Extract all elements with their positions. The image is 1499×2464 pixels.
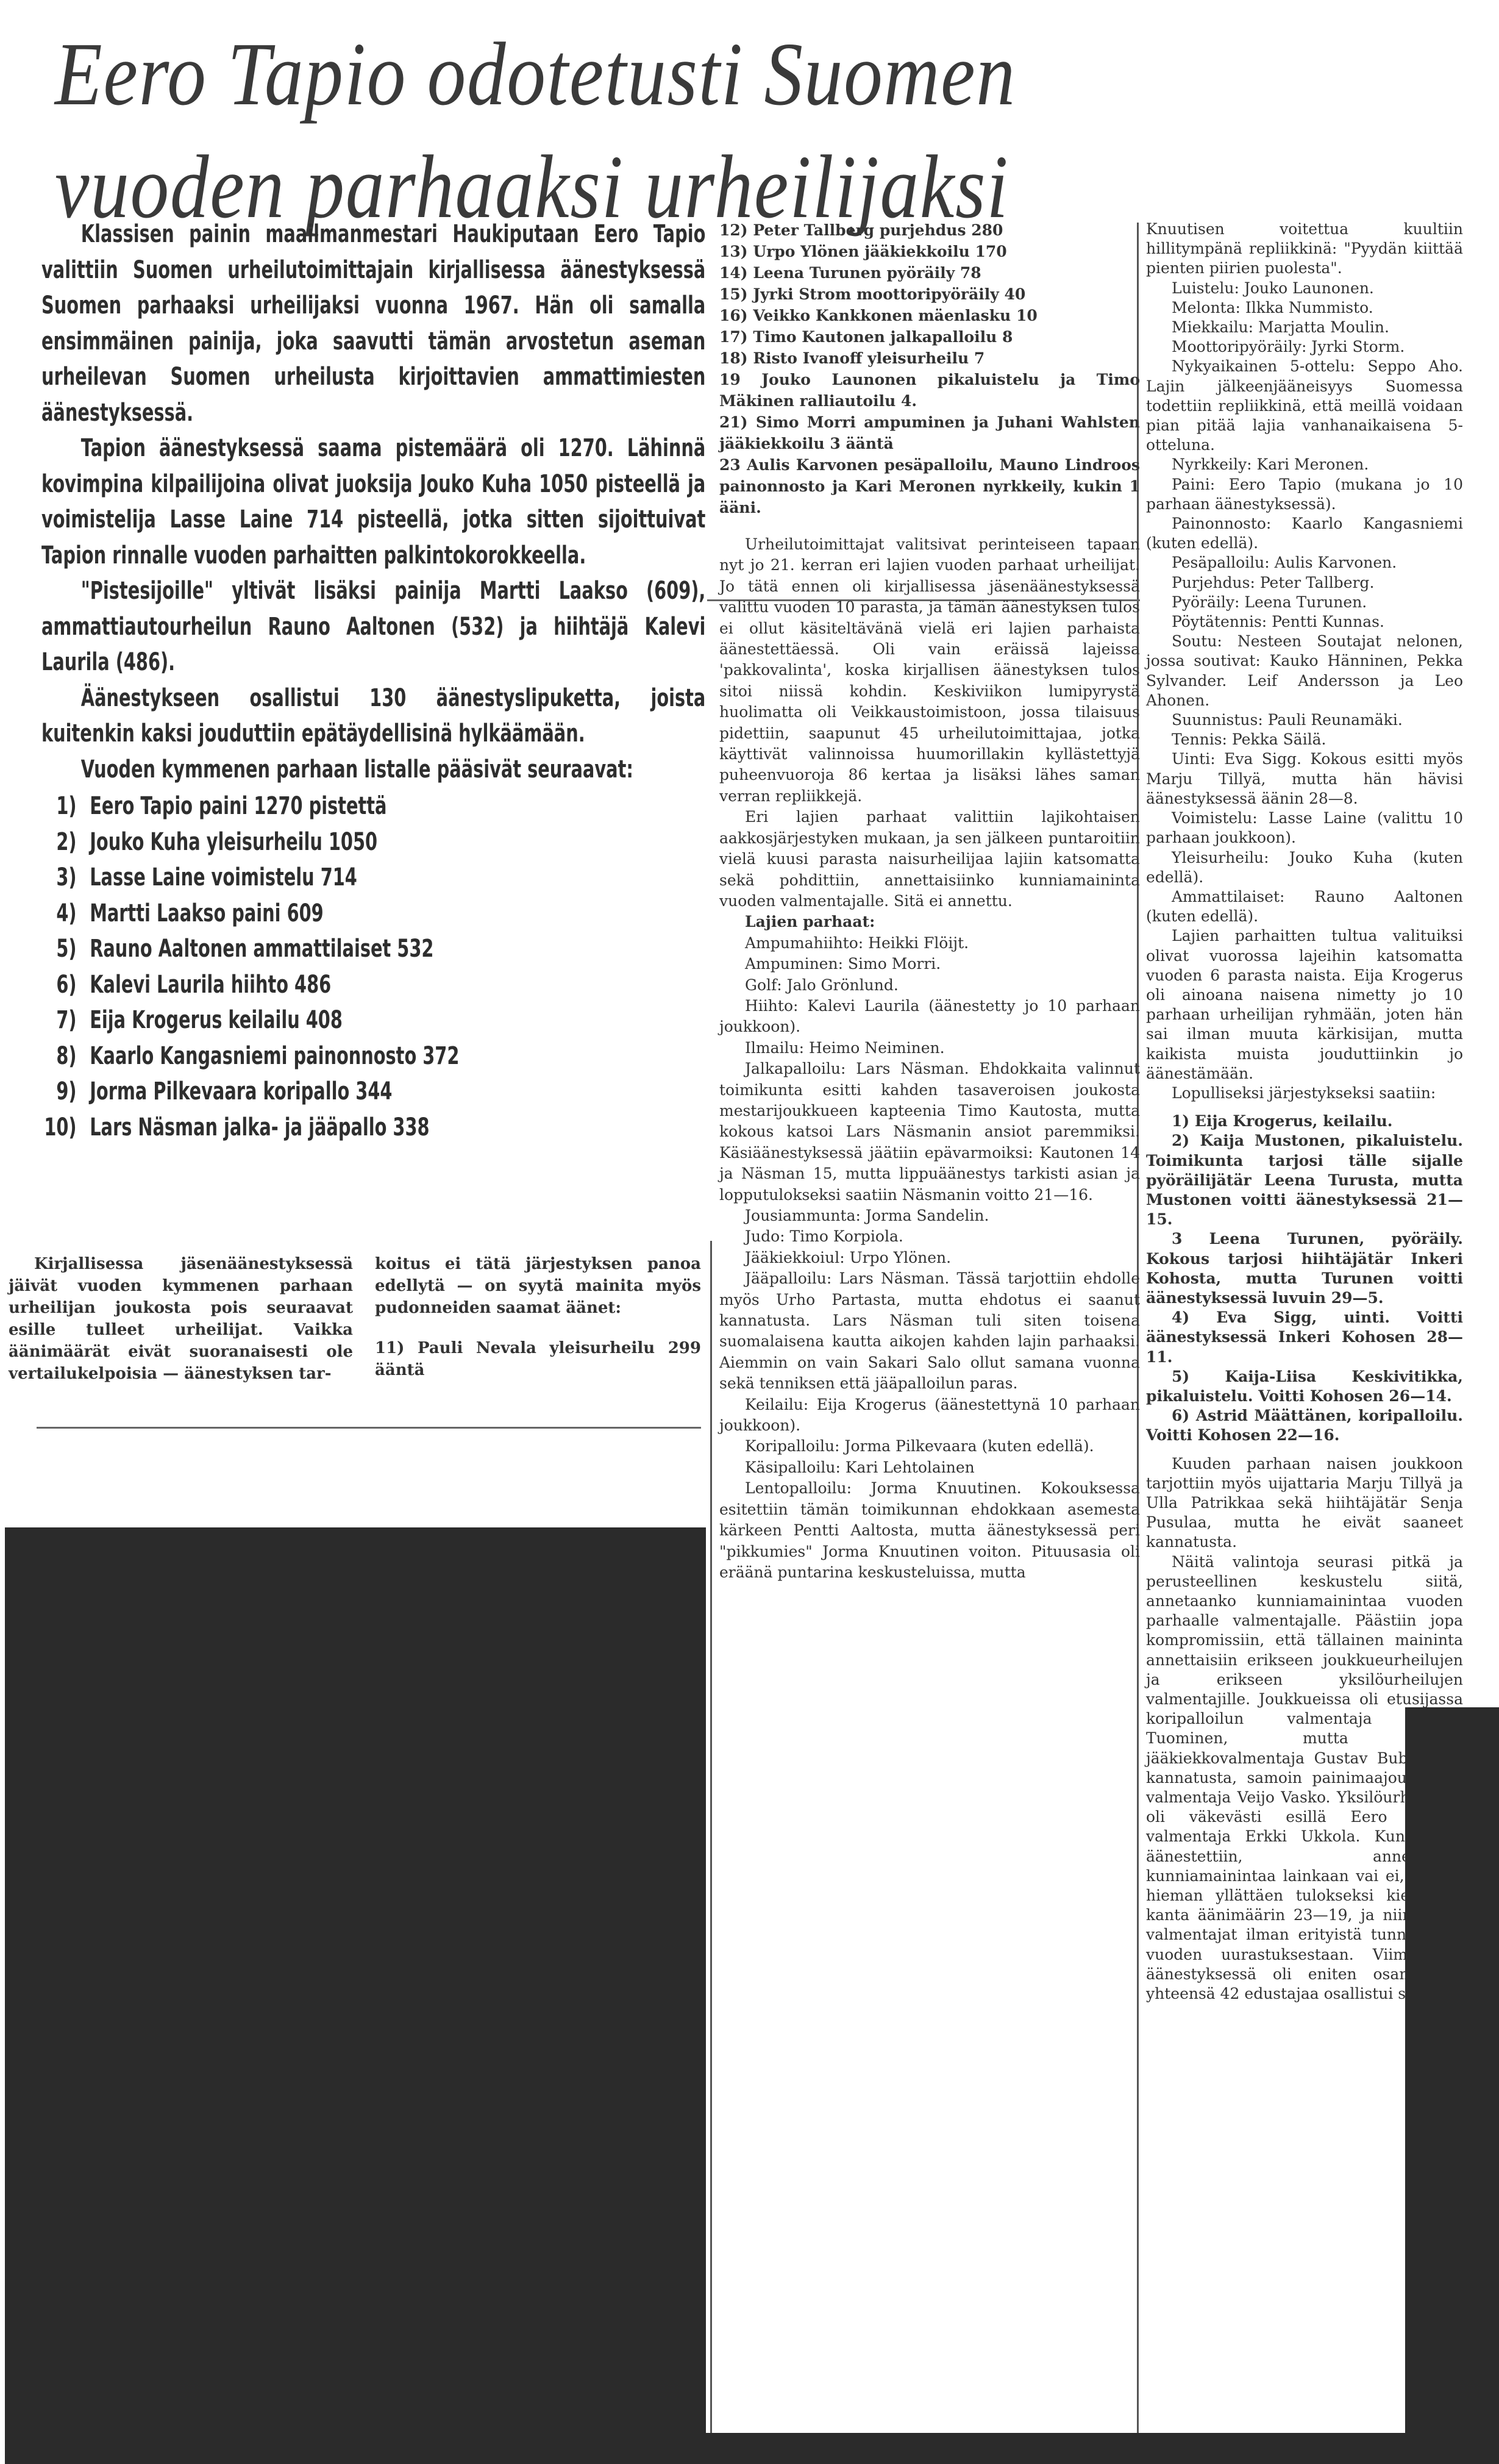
rank-item: 15) Jyrki Strom moottoripyöräily 40 (719, 284, 1140, 305)
sport-entry: Nyrkkeily: Kari Meronen. (1146, 455, 1463, 474)
sub-column-right: koitus ei tätä järjestyksen panoa edelly… (375, 1253, 701, 1381)
sport-entry: Lajien parhaitten tultua valituiksi oliv… (1146, 926, 1463, 1084)
headline-line-1: Eero Tapio odotetusti Suomen (55, 18, 1208, 131)
scan-background (1405, 1707, 1499, 2464)
women-rank: 4) Eva Sigg, uinti. Voitti äänestyksessä… (1146, 1308, 1463, 1367)
rank: 8) (41, 1038, 90, 1074)
list-item: 7)Eija Krogerus keilailu 408 (41, 1002, 705, 1038)
rank-item: 17) Timo Kautonen jalkapalloilu 8 (719, 326, 1140, 348)
lead-section: Klassisen painin maailmanmestari Haukipu… (41, 216, 706, 1145)
women-rank: 6) Astrid Määttänen, koripalloilu. Voitt… (1146, 1406, 1463, 1445)
entry: Rauno Aaltonen ammattilaiset 532 (90, 931, 433, 967)
sport-entry: Lopulliseksi järjestykseksi saatiin: (1146, 1084, 1463, 1103)
entry: Jorma Pilkevaara koripallo 344 (90, 1074, 392, 1110)
women-rank: 3 Leena Turunen, pyöräily. Kokous tarjos… (1146, 1229, 1463, 1308)
rank: 9) (41, 1074, 90, 1110)
sport-entry: Pyöräily: Leena Turunen. (1146, 593, 1463, 612)
rank-item: 23 Aulis Karvonen pesäpalloilu, Mauno Li… (719, 454, 1140, 518)
list-item: 8)Kaarlo Kangasniemi painonnosto 372 (41, 1038, 705, 1074)
ranks-list: 12) Peter Tallberg purjehdus 280 13) Urp… (719, 220, 1140, 518)
divider (37, 1427, 701, 1429)
rank: 7) (41, 1002, 90, 1038)
sport-entry: Paini: Eero Tapio (mukana jo 10 parhaan … (1146, 475, 1463, 514)
body-paragraph: Eri lajien parhaat valittiin lajikohtais… (719, 807, 1140, 912)
sport-entry: Luistelu: Jouko Launonen. (1146, 279, 1463, 298)
lead-paragraph: "Pistesijoille" yltivät lisäksi painija … (41, 573, 705, 680)
sport-entry: Soutu: Nesteen Soutajat nelonen, jossa s… (1146, 632, 1463, 710)
sport-entry: Lentopalloilu: Jorma Knuutinen. Kokoukse… (719, 1478, 1140, 1583)
rank: 5) (41, 931, 90, 967)
sport-entry: Judo: Timo Korpiola. (719, 1226, 1140, 1247)
list-item: 3)Lasse Laine voimistelu 714 (41, 860, 705, 896)
middle-column: 12) Peter Tallberg purjehdus 280 13) Urp… (719, 220, 1140, 1583)
sport-entry: Koripalloilu: Jorma Pilkevaara (kuten ed… (719, 1436, 1140, 1457)
rank: 2) (41, 824, 90, 860)
sub-paragraph: koitus ei tätä järjestyksen panoa edelly… (375, 1253, 701, 1319)
sport-entry: Suunnistus: Pauli Reunamäki. (1146, 710, 1463, 730)
sport-entry: Pöytätennis: Pentti Kunnas. (1146, 612, 1463, 632)
lead-paragraph: Vuoden kymmenen parhaan listalle pääsivä… (41, 752, 705, 788)
closing-paragraph: Kuuden parhaan naisen joukkoon tarjottii… (1146, 1454, 1463, 1552)
women-rank: 1) Eija Krogerus, keilailu. (1146, 1112, 1463, 1131)
women-rank: 2) Kaija Mustonen, pikaluistelu. Toimiku… (1146, 1131, 1463, 1229)
sport-entry: Uinti: Eva Sigg. Kokous esitti myös Marj… (1146, 749, 1463, 809)
rank: 10) (41, 1110, 90, 1146)
top-ten-list: 1)Eero Tapio paini 1270 pistettä 2)Jouko… (41, 788, 705, 1145)
sport-entry: Painonnosto: Kaarlo Kangasniemi (kuten e… (1146, 514, 1463, 553)
sport-entry: Golf: Jalo Grönlund. (719, 975, 1140, 996)
sport-entry: Purjehdus: Peter Tallberg. (1146, 573, 1463, 593)
entry: Lars Näsman jalka- ja jääpallo 338 (90, 1110, 429, 1146)
body-paragraph: Urheilutoimittajat valitsivat perinteise… (719, 534, 1140, 807)
rank: 3) (41, 860, 90, 896)
lead-paragraph: Klassisen painin maailmanmestari Haukipu… (41, 216, 705, 430)
rank-item: 18) Risto Ivanoff yleisurheilu 7 (719, 348, 1140, 369)
sport-entry: Hiihto: Kalevi Laurila (äänestetty jo 10… (719, 996, 1140, 1038)
rank-item: 14) Leena Turunen pyöräily 78 (719, 262, 1140, 284)
list-item: 4)Martti Laakso paini 609 (41, 896, 705, 932)
sport-entry: Jääpalloilu: Lars Näsman. Tässä tarjotti… (719, 1268, 1140, 1394)
rank: 6) (41, 967, 90, 1003)
sport-entry: Ammattilaiset: Rauno Aaltonen (kuten ede… (1146, 887, 1463, 926)
sub-paragraph: Kirjallisessa jäsenäänestyksessä jäivät … (9, 1253, 353, 1385)
list-item: 9)Jorma Pilkevaara koripallo 344 (41, 1074, 705, 1110)
scan-background (5, 1527, 706, 2464)
lead-paragraph: Tapion äänestyksessä saama pistemäärä ol… (41, 430, 705, 573)
sport-entry: Jousiammunta: Jorma Sandelin. (719, 1205, 1140, 1226)
sport-entry: Miekkailu: Marjatta Moulin. (1146, 318, 1463, 337)
rank-item: 16) Veikko Kankkonen mäenlasku 10 (719, 305, 1140, 326)
rank-item: 12) Peter Tallberg purjehdus 280 (719, 220, 1140, 241)
sport-entry: Ampumahiihto: Heikki Flöijt. (719, 933, 1140, 954)
list-item: 2)Jouko Kuha yleisurheilu 1050 (41, 824, 705, 860)
list-item: 10)Lars Näsman jalka- ja jääpallo 338 (41, 1110, 705, 1146)
sport-entry: Nykyaikainen 5-ottelu: Seppo Aho. Lajin … (1146, 357, 1463, 455)
sport-entry: Moottoripyöräily: Jyrki Storm. (1146, 337, 1463, 357)
sport-entry: Keilailu: Eija Krogerus (äänestettynä 10… (719, 1394, 1140, 1437)
list-item: 5)Rauno Aaltonen ammattilaiset 532 (41, 931, 705, 967)
rank-11: 11) Pauli Nevala yleisurheilu 299 ääntä (375, 1337, 701, 1381)
rank: 1) (41, 788, 90, 824)
sport-entry: Jääkiekkoiul: Urpo Ylönen. (719, 1248, 1140, 1268)
sub-column-left: Kirjallisessa jäsenäänestyksessä jäivät … (9, 1253, 353, 1385)
sport-entry: Knuutisen voitettua kuultiin hillitympän… (1146, 220, 1463, 279)
lead-paragraph: Äänestykseen osallistui 130 äänestyslipu… (41, 680, 705, 752)
rank-item: 19 Jouko Launonen pikaluistelu ja Timo M… (719, 369, 1140, 412)
entry: Eija Krogerus keilailu 408 (90, 1002, 343, 1038)
headline: Eero Tapio odotetusti Suomen vuoden parh… (55, 18, 1208, 244)
sport-entry: Tennis: Pekka Säilä. (1146, 730, 1463, 749)
rank-item: 21) Simo Morri ampuminen ja Juhani Wahls… (719, 412, 1140, 454)
sport-entry: Käsipalloilu: Kari Lehtolainen (719, 1457, 1140, 1478)
entry: Lasse Laine voimistelu 714 (90, 860, 357, 896)
sport-entry: Melonta: Ilkka Nummisto. (1146, 298, 1463, 318)
sport-entry: Yleisurheilu: Jouko Kuha (kuten edellä). (1146, 848, 1463, 887)
sport-entry: Jalkapalloilu: Lars Näsman. Ehdokkaita v… (719, 1059, 1140, 1205)
rank: 4) (41, 896, 90, 932)
list-item: 1)Eero Tapio paini 1270 pistettä (41, 788, 705, 824)
column-divider (710, 1241, 712, 2433)
sport-entry: Ilmailu: Heimo Neiminen. (719, 1038, 1140, 1059)
sport-entry: Ampuminen: Simo Morri. (719, 954, 1140, 974)
women-rank: 5) Kaija-Liisa Keskivitikka, pikaluistel… (1146, 1367, 1463, 1406)
scan-background (695, 2433, 1499, 2464)
entry: Jouko Kuha yleisurheilu 1050 (90, 824, 377, 860)
entry: Eero Tapio paini 1270 pistettä (90, 788, 386, 824)
sport-entry: Pesäpalloilu: Aulis Karvonen. (1146, 553, 1463, 573)
entry: Kalevi Laurila hiihto 486 (90, 967, 331, 1003)
entry: Martti Laakso paini 609 (90, 896, 324, 932)
list-item: 6)Kalevi Laurila hiihto 486 (41, 967, 705, 1003)
rank-item: 13) Urpo Ylönen jääkiekkoilu 170 (719, 241, 1140, 262)
sport-entry: Voimistelu: Lasse Laine (valittu 10 parh… (1146, 809, 1463, 848)
entry: Kaarlo Kangasniemi painonnosto 372 (90, 1038, 459, 1074)
section-heading: Lajien parhaat: (719, 912, 1140, 932)
